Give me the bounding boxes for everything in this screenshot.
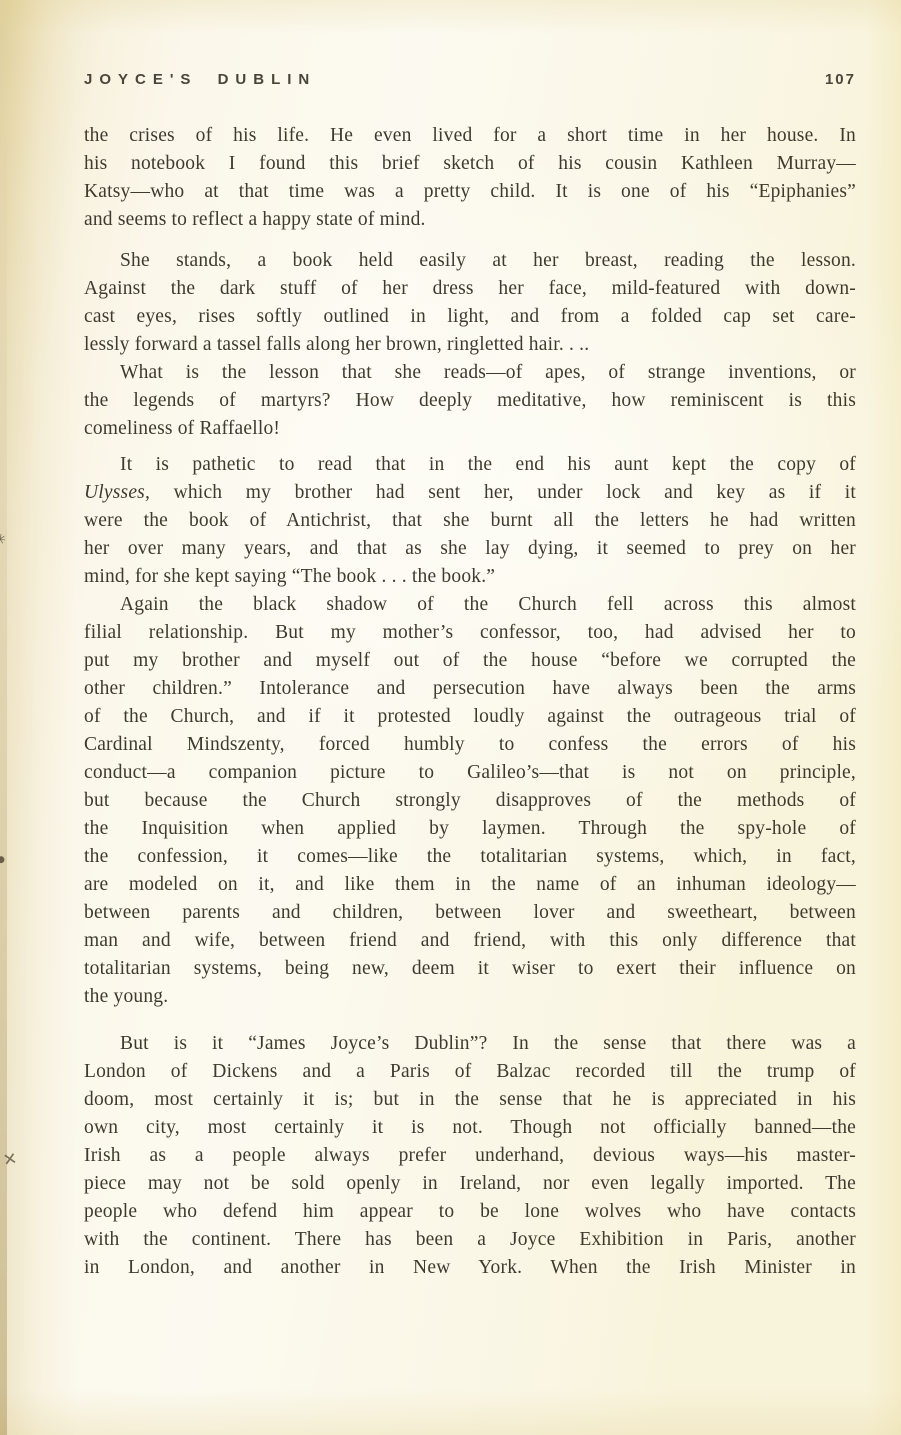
text-segment: which my brother had sent her, under loc… — [150, 482, 856, 503]
text-line: but because the Church strongly disappro… — [84, 787, 856, 815]
text-line: But is it “James Joyce’s Dublin”? In the… — [84, 1030, 856, 1058]
page-number: 107 — [825, 71, 856, 88]
text-line: Katsy—who at that time was a pretty chil… — [84, 178, 856, 206]
text-line: Cardinal Mindszenty, forced humbly to co… — [84, 731, 856, 759]
text-line: Against the dark stuff of her dress her … — [84, 275, 856, 303]
text-line: are modeled on it, and like them in the … — [84, 871, 856, 899]
text-line: She stands, a book held easily at her br… — [84, 247, 856, 275]
book-page: JOYCE'S DUBLIN 107 the crises of his lif… — [0, 0, 901, 1435]
paragraph: What is the lesson that she reads—of ape… — [84, 359, 856, 443]
text-line: totalitarian systems, being new, deem it… — [84, 955, 856, 983]
text-line: piece may not be sold openly in Ireland,… — [84, 1170, 856, 1198]
text-line: conduct—a companion picture to Galileo’s… — [84, 759, 856, 787]
text-line: his notebook I found this brief sketch o… — [84, 150, 856, 178]
text-line: mind, for she kept saying “The book . . … — [84, 563, 856, 591]
ink-mark-asterisk: ✳ — [0, 531, 7, 549]
text-line: lessly forward a tassel falls along her … — [84, 331, 856, 359]
ink-mark-speck: ● — [0, 855, 5, 865]
text-line: It is pathetic to read that in the end h… — [84, 451, 856, 479]
text-line: the young. — [84, 983, 856, 1011]
paragraph: It is pathetic to read that in the end h… — [84, 451, 856, 591]
text-line: of the Church, and if it protested loudl… — [84, 703, 856, 731]
text-line: own city, most certainly it is not. Thou… — [84, 1114, 856, 1142]
running-head: JOYCE'S DUBLIN 107 — [84, 71, 856, 88]
text-line: man and wife, between friend and friend,… — [84, 927, 856, 955]
running-head-title: JOYCE'S DUBLIN — [84, 71, 316, 88]
text-line: between parents and children, between lo… — [84, 899, 856, 927]
text-line: cast eyes, rises softly outlined in ligh… — [84, 303, 856, 331]
text-line: Again the black shadow of the Church fel… — [84, 591, 856, 619]
text-line: her over many years, and that as she lay… — [84, 535, 856, 563]
italic-book-title: Ulysses, — [84, 482, 150, 503]
text-column: the crises of his life. He even lived fo… — [84, 122, 856, 1282]
text-line: the Inquisition when applied by laymen. … — [84, 815, 856, 843]
ink-mark-x: ✕ — [1, 1149, 19, 1171]
paragraph: the crises of his life. He even lived fo… — [84, 122, 856, 234]
text-line: people who defend him appear to be lone … — [84, 1198, 856, 1226]
text-line: in London, and another in New York. When… — [84, 1254, 856, 1282]
text-line: were the book of Antichrist, that she bu… — [84, 507, 856, 535]
text-line: comeliness of Raffaello! — [84, 415, 856, 443]
paragraph: But is it “James Joyce’s Dublin”? In the… — [84, 1030, 856, 1282]
text-line: and seems to reflect a happy state of mi… — [84, 206, 856, 234]
text-line: other children.” Intolerance and persecu… — [84, 675, 856, 703]
paragraph: Again the black shadow of the Church fel… — [84, 591, 856, 1011]
text-line: the crises of his life. He even lived fo… — [84, 122, 856, 150]
page-spine-shadow — [7, 0, 77, 1435]
text-line: the legends of martyrs? How deeply medit… — [84, 387, 856, 415]
text-line: Ulysses, which my brother had sent her, … — [84, 479, 856, 507]
text-line: Irish as a people always prefer underhan… — [84, 1142, 856, 1170]
page-spine-edge — [0, 0, 7, 1435]
text-line: the confession, it comes—like the totali… — [84, 843, 856, 871]
text-line: filial relationship. But my mother’s con… — [84, 619, 856, 647]
text-line: What is the lesson that she reads—of ape… — [84, 359, 856, 387]
text-line: London of Dickens and a Paris of Balzac … — [84, 1058, 856, 1086]
text-line: with the continent. There has been a Joy… — [84, 1226, 856, 1254]
text-line: doom, most certainly it is; but in the s… — [84, 1086, 856, 1114]
paragraph: She stands, a book held easily at her br… — [84, 247, 856, 359]
text-line: put my brother and myself out of the hou… — [84, 647, 856, 675]
